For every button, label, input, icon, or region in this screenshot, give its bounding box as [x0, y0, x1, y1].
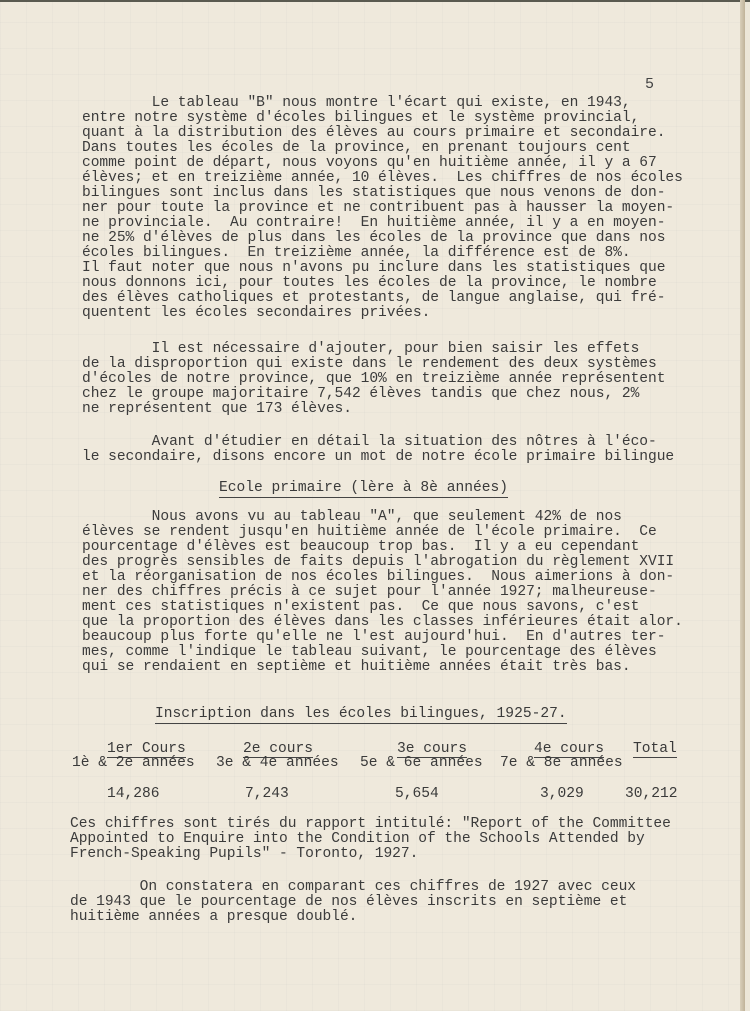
table-cell: 30,212 — [625, 786, 678, 802]
text-line: chez le groupe majoritaire 7,542 élèves … — [82, 387, 639, 402]
page-top-edge — [0, 0, 750, 2]
text-line: nous donnons ici, pour toutes les écoles… — [82, 276, 657, 291]
text-line: ment ces statistiques n'existent pas. Ce… — [82, 600, 639, 615]
text-line: pourcentage d'élèves est beaucoup trop b… — [82, 540, 639, 555]
column-subheader: 5e & 6e années — [360, 755, 483, 771]
text-line: mes, comme l'indique le tableau suivant,… — [82, 645, 657, 660]
text-line: que la proportion des élèves dans les cl… — [82, 615, 683, 630]
text-line: quant à la distribution des élèves au co… — [82, 126, 665, 141]
column-header: Total — [633, 741, 677, 758]
text-line: ne 25% d'élèves de plus dans les écoles … — [82, 231, 665, 246]
text-line: Nous avons vu au tableau "A", que seulem… — [82, 510, 622, 525]
text-line: comme point de départ, nous voyons qu'en… — [82, 156, 657, 171]
table-cell: 3,029 — [540, 786, 584, 802]
text-line: huitième années a presque doublé. — [70, 910, 357, 925]
text-line: et la réorganisation de nos écoles bilin… — [82, 570, 674, 585]
text-line: Il est nécessaire d'ajouter, pour bien s… — [82, 342, 639, 357]
table-cell: 7,243 — [245, 786, 289, 802]
text-line: écoles bilingues. En treizième année, la… — [82, 246, 631, 261]
text-line: Ces chiffres sont tirés du rapport intit… — [70, 817, 671, 832]
column-subheader: 7e & 8e années — [500, 755, 623, 771]
text-line: élèves se rendent jusqu'en huitième anné… — [82, 525, 657, 540]
text-line: des élèves catholiques et protestants, d… — [82, 291, 665, 306]
text-line: ne provinciale. Au contraire! En huitièm… — [82, 216, 665, 231]
table-title: Inscription dans les écoles bilingues, 1… — [155, 706, 567, 724]
text-line: de 1943 que le pourcentage de nos élèves… — [70, 895, 627, 910]
page-right-edge — [740, 0, 745, 1011]
text-line: On constatera en comparant ces chiffres … — [70, 880, 636, 895]
document-page: 5 Le tableau "B" nous montre l'écart qui… — [0, 0, 745, 1011]
text-line: Appointed to Enquire into the Condition … — [70, 832, 645, 847]
section-heading: Ecole primaire (lère à 8è années) — [219, 480, 508, 498]
text-line: quentent les écoles secondaires privées. — [82, 306, 430, 321]
text-line: des progrès sensibles de faits depuis l'… — [82, 555, 674, 570]
text-line: ne représentent que 173 élèves. — [82, 402, 352, 417]
page-number: 5 — [645, 76, 654, 93]
text-line: le secondaire, disons encore un mot de n… — [82, 450, 674, 465]
text-line: ner des chiffres précis à ce sujet pour … — [82, 585, 657, 600]
column-subheader: 3e & 4e années — [216, 755, 339, 771]
text-line: de la disproportion qui existe dans le r… — [82, 357, 657, 372]
text-line: beaucoup plus forte qu'elle ne l'est auj… — [82, 630, 665, 645]
text-line: Avant d'étudier en détail la situation d… — [82, 435, 657, 450]
text-line: élèves; et en treizième année, 10 élèves… — [82, 171, 683, 186]
column-subheader: 1è & 2e années — [72, 755, 195, 771]
text-line: qui se rendaient en septième et huitième… — [82, 660, 631, 675]
text-line: Il faut noter que nous n'avons pu inclur… — [82, 261, 665, 276]
text-line: d'écoles de notre province, que 10% en t… — [82, 372, 665, 387]
text-line: Le tableau "B" nous montre l'écart qui e… — [82, 96, 631, 111]
text-line: bilingues sont inclus dans les statistiq… — [82, 186, 665, 201]
text-line: Dans toutes les écoles de la province, e… — [82, 141, 631, 156]
text-line: entre notre système d'écoles bilingues e… — [82, 111, 639, 126]
text-line: French-Speaking Pupils" - Toronto, 1927. — [70, 847, 418, 862]
table-cell: 5,654 — [395, 786, 439, 802]
text-line: ner pour toute la province et ne contrib… — [82, 201, 674, 216]
table-cell: 14,286 — [107, 786, 160, 802]
